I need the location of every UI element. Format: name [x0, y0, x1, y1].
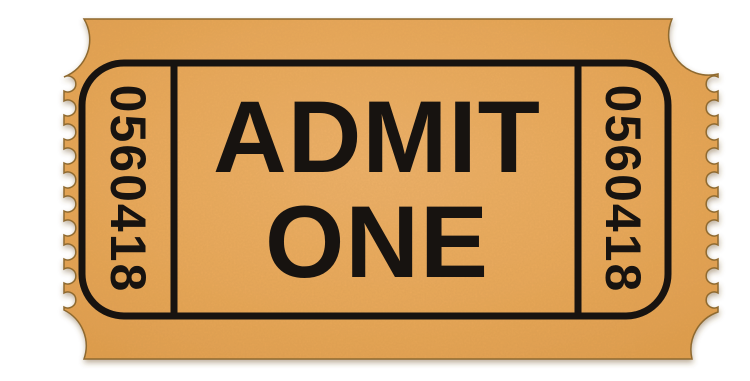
admit-text-line2: ONE [265, 191, 489, 293]
ticket-image: ADMIT ONE 0560418 0560418 [0, 0, 750, 381]
serial-number-left: 0560418 [103, 85, 153, 294]
admit-text-line1: ADMIT [213, 86, 541, 188]
serial-number-right: 0560418 [598, 85, 648, 294]
